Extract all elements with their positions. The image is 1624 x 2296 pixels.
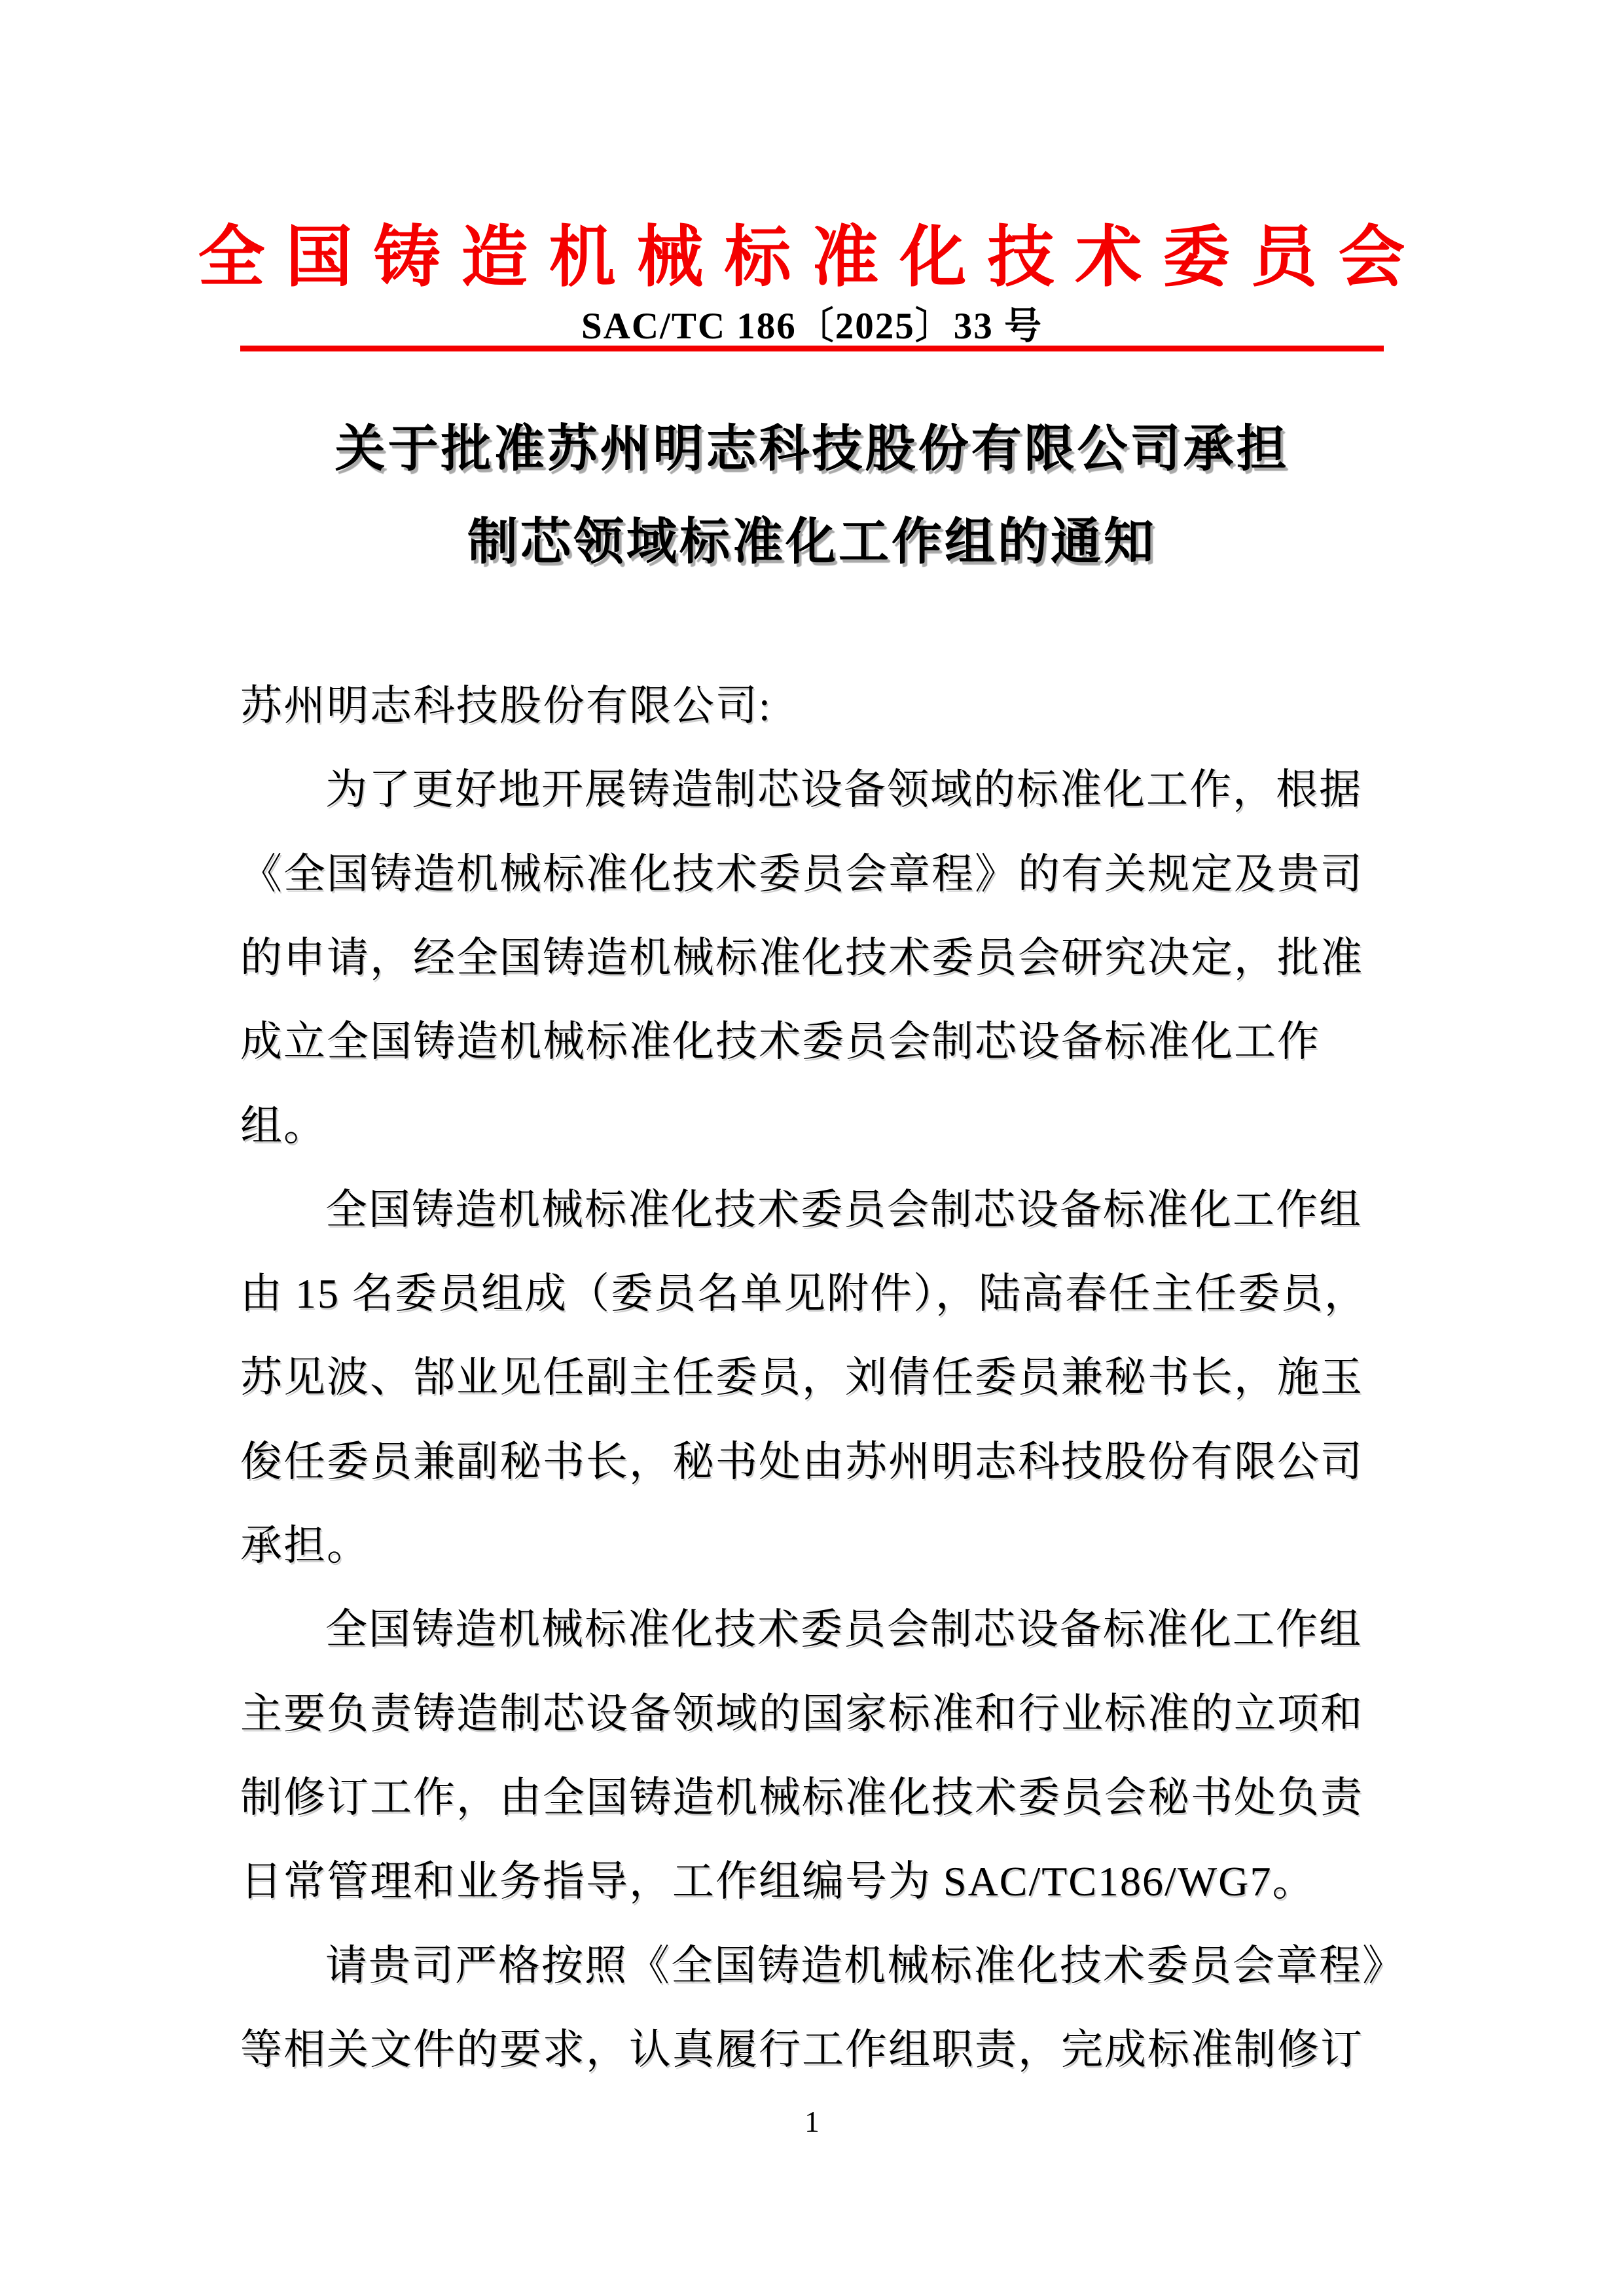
body-line: 组。 xyxy=(240,1097,1384,1156)
body-line: 成立全国铸造机械标准化技术委员会制芯设备标准化工作 xyxy=(240,1013,1384,1071)
body-line: 俊任委员兼副秘书长，秘书处由苏州明志科技股份有限公司 xyxy=(240,1433,1384,1492)
body-line: 《全国铸造机械标准化技术委员会章程》的有关规定及贵司 xyxy=(240,845,1384,904)
page-number: 1 xyxy=(0,2105,1624,2139)
body-line: 的申请，经全国铸造机械标准化技术委员会研究决定，批准 xyxy=(240,929,1384,988)
red-divider-line xyxy=(240,346,1384,351)
body-line: 主要负责铸造制芯设备领域的国家标准和行业标准的立项和 xyxy=(240,1685,1384,1744)
body-line-salutation: 苏州明志科技股份有限公司: xyxy=(240,677,1384,736)
body-line: 为了更好地开展铸造制芯设备领域的标准化工作，根据 xyxy=(240,761,1469,819)
notice-title-line1: 关于批准苏州明志科技股份有限公司承担 xyxy=(0,408,1624,481)
body-line: 制修订工作，由全国铸造机械标准化技术委员会秘书处负责 xyxy=(240,1768,1384,1827)
notice-title-line2: 制芯领域标准化工作组的通知 xyxy=(0,501,1624,574)
body-line: 苏见波、郜业见任副主任委员，刘倩任委员兼秘书长，施玉 xyxy=(240,1348,1384,1407)
body-line: 日常管理和业务指导，工作组编号为 SAC/TC186/WG7。 xyxy=(240,1852,1384,1911)
body-line: 全国铸造机械标准化技术委员会制芯设备标准化工作组 xyxy=(240,1181,1469,1240)
doc-number: SAC/TC 186〔2025〕33 号 xyxy=(0,296,1624,350)
body-line: 等相关文件的要求，认真履行工作组职责，完成标准制修订 xyxy=(240,2020,1384,2079)
document-page: 全国铸造机械标准化技术委员会 SAC/TC 186〔2025〕33 号 关于批准… xyxy=(0,0,1624,2296)
org-title: 全国铸造机械标准化技术委员会 xyxy=(0,204,1624,300)
body-line: 请贵司严格按照《全国铸造机械标准化技术委员会章程》 xyxy=(240,1937,1469,1996)
body-line: 全国铸造机械标准化技术委员会制芯设备标准化工作组 xyxy=(240,1600,1469,1659)
body-line: 由 15 名委员组成（委员名单见附件），陆高春任主任委员， xyxy=(240,1265,1384,1323)
body-line: 承担。 xyxy=(240,1516,1384,1575)
